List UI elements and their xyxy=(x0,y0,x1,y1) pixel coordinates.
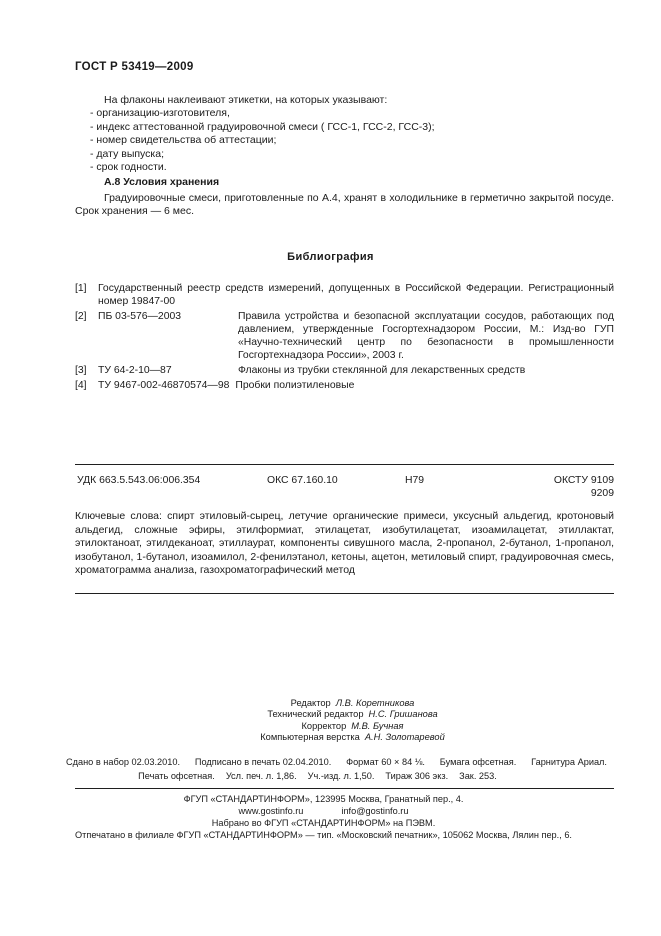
list-item-shelf-life: - срок годности. xyxy=(75,161,614,174)
reference-item-3: [3] ТУ 64-2-10—87 Флаконы из трубки стек… xyxy=(75,364,614,377)
oks-code: ОКС 67.160.10 xyxy=(267,475,338,486)
reference-text: Флаконы из трубки стеклянной для лекарст… xyxy=(238,364,614,377)
n-index-code: Н79 xyxy=(405,475,424,486)
colophon-line-2: Печать офсетная. Усл. печ. л. 1,86. Уч.-… xyxy=(48,771,587,781)
reference-code: ТУ 64-2-10—87 xyxy=(98,364,238,377)
credit-role: Редактор xyxy=(291,698,331,708)
labels-intro: На флаконы наклеивают этикетки, на котор… xyxy=(75,94,614,107)
document-page: ГОСТ Р 53419—2009 На флаконы наклеивают … xyxy=(0,0,661,936)
colophon-print-date: Подписано в печать 02.04.2010. xyxy=(195,757,331,767)
colophon-print-sheets: Усл. печ. л. 1,86. xyxy=(226,771,297,781)
okstu-code-second: 9209 xyxy=(75,488,614,499)
horizontal-rule-middle xyxy=(75,593,614,594)
colophon-print-type: Печать офсетная. xyxy=(138,771,215,781)
reference-number: [2] xyxy=(75,310,98,362)
reference-number: [3] xyxy=(75,364,98,377)
credit-role: Технический редактор xyxy=(267,709,363,719)
reference-item-4: [4] ТУ 9467-002-46870574—98 Пробки полиэ… xyxy=(75,379,614,392)
horizontal-rule-top xyxy=(75,464,614,465)
credit-editor: РедакторЛ.В. Коретникова xyxy=(83,698,622,709)
credit-role: Корректор xyxy=(301,721,346,731)
credit-role: Компьютерная верстка xyxy=(260,732,360,742)
credit-name: М.В. Бучная xyxy=(351,721,403,731)
bibliography-list: [1] Государственный реестр средств измер… xyxy=(75,282,614,394)
udk-code: УДК 663.5.543.06:006.354 xyxy=(77,475,200,486)
credit-technical-editor: Технический редакторН.С. Гришанова xyxy=(83,709,622,720)
horizontal-rule-bottom xyxy=(75,788,614,789)
colophon-typeface: Гарнитура Ариал. xyxy=(531,757,607,767)
section-a: На флаконы наклеивают этикетки, на котор… xyxy=(75,94,614,219)
imprint-typeset-note: Набрано во ФГУП «СТАНДАРТИНФОРМ» на ПЭВМ… xyxy=(54,818,593,830)
colophon-pub-sheets: Уч.-изд. л. 1,50. xyxy=(308,771,375,781)
colophon-format: Формат 60 × 84 ⅛. xyxy=(346,757,425,767)
credit-name: Н.С. Гришанова xyxy=(369,709,438,719)
credit-layout: Компьютерная версткаА.Н. Золотаревой xyxy=(83,732,622,743)
colophon-order-number: Зак. 253. xyxy=(459,771,497,781)
reference-code: ТУ 9467-002-46870574—98 xyxy=(98,379,229,392)
doc-code-header: ГОСТ Р 53419—2009 xyxy=(75,61,194,73)
keywords-paragraph: Ключевые слова: спирт этиловый-сырец, ле… xyxy=(75,510,614,578)
reference-item-1: [1] Государственный реестр средств измер… xyxy=(75,282,614,308)
list-item-index: - индекс аттестованной градуировочной см… xyxy=(75,121,614,134)
imprint-email: info@gostinfo.ru xyxy=(341,806,408,818)
colophon-paper: Бумага офсетная. xyxy=(440,757,517,767)
reference-item-2: [2] ПБ 03-576—2003 Правила устройства и … xyxy=(75,310,614,362)
storage-paragraph: Градуировочные смеси, приготовленные по … xyxy=(75,192,614,219)
reference-text: Государственный реестр средств измерений… xyxy=(98,282,614,308)
bibliography-title: Библиография xyxy=(61,251,600,263)
classification-row: УДК 663.5.543.06:006.354 ОКС 67.160.10 Н… xyxy=(75,475,614,489)
imprint-block: ФГУП «СТАНДАРТИНФОРМ», 123995 Москва, Гр… xyxy=(54,794,593,842)
colophon-typeset-date: Сдано в набор 02.03.2010. xyxy=(66,757,180,767)
colophon-print-run: Тираж 306 экз. xyxy=(385,771,448,781)
imprint-contacts: www.gostinfo.ru info@gostinfo.ru xyxy=(54,806,593,818)
subsection-heading-a8: А.8 Условия хранения xyxy=(75,176,614,189)
reference-text: Правила устройства и безопасной эксплуат… xyxy=(238,310,614,362)
imprint-website: www.gostinfo.ru xyxy=(239,806,304,818)
reference-text: Пробки полиэтиленовые xyxy=(235,379,614,392)
credit-proofreader: КорректорМ.В. Бучная xyxy=(83,721,622,732)
imprint-address: ФГУП «СТАНДАРТИНФОРМ», 123995 Москва, Гр… xyxy=(54,794,593,806)
list-item-manufacturer: - организацию-изготовителя, xyxy=(75,107,614,120)
okstu-code: ОКСТУ 9109 xyxy=(554,475,614,486)
credits-block: РедакторЛ.В. Коретникова Технический ред… xyxy=(83,698,622,744)
colophon-line-1: Сдано в набор 02.03.2010. Подписано в пе… xyxy=(66,757,607,767)
credit-name: Л.В. Коретникова xyxy=(336,698,415,708)
reference-code: ПБ 03-576—2003 xyxy=(98,310,238,362)
list-item-certificate: - номер свидетельства об аттестации; xyxy=(75,134,614,147)
reference-number: [1] xyxy=(75,282,98,308)
imprint-printer-note: Отпечатано в филиале ФГУП «СТАНДАРТИНФОР… xyxy=(54,830,593,842)
reference-number: [4] xyxy=(75,379,98,392)
list-item-issue-date: - дату выпуска; xyxy=(75,148,614,161)
credit-name: А.Н. Золотаревой xyxy=(365,732,445,742)
